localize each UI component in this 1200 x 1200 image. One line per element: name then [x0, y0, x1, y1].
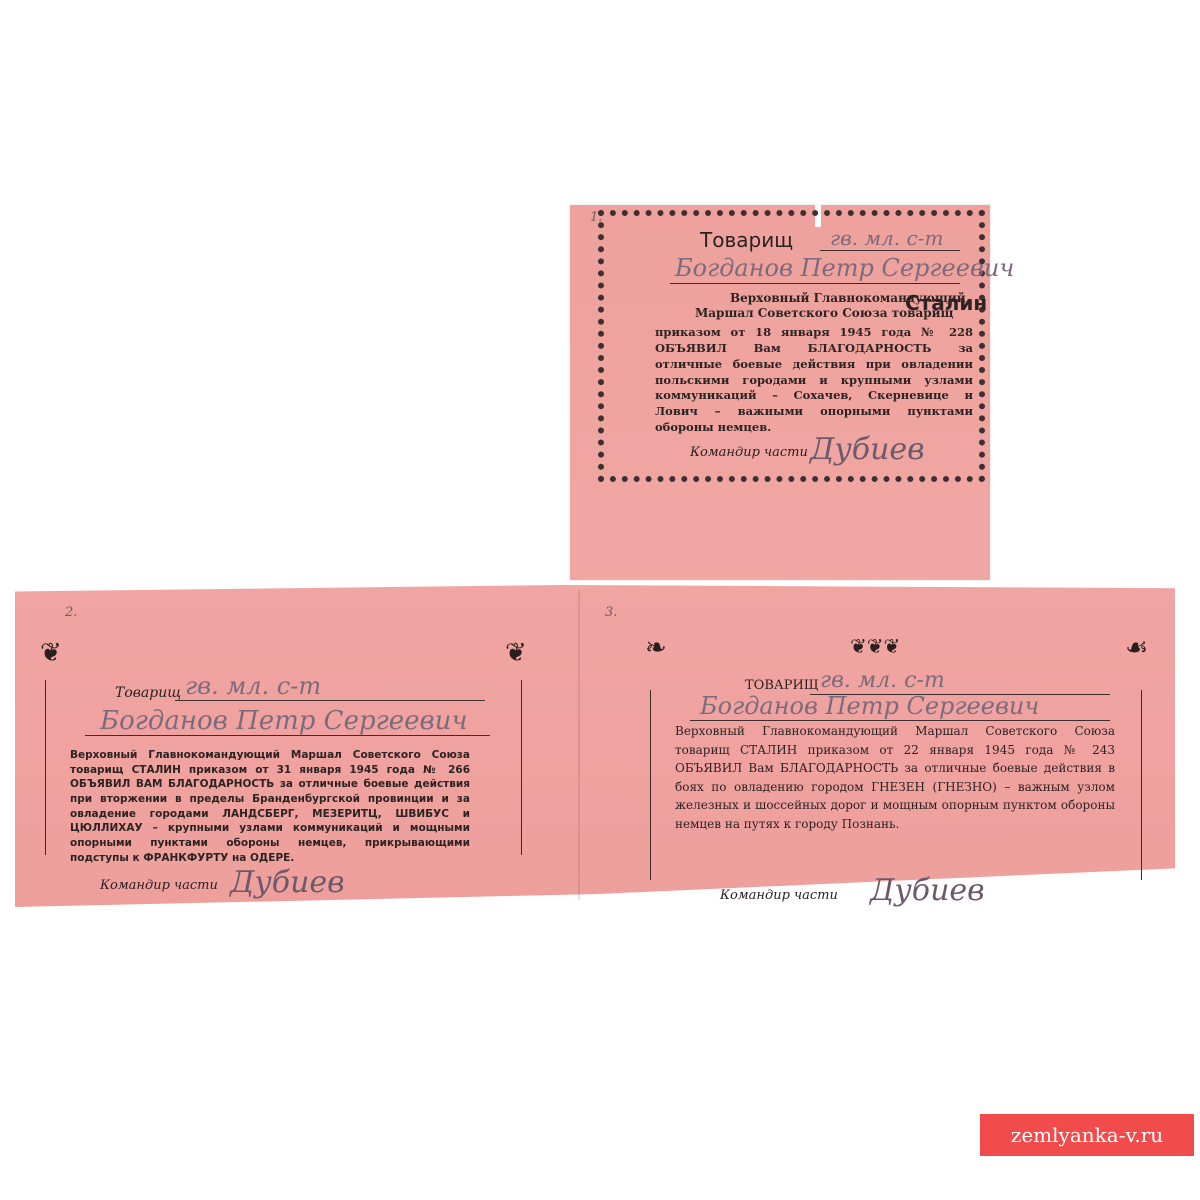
ornament-corner-icon: ☙: [1125, 635, 1148, 661]
signature-label: Командир части: [720, 888, 838, 903]
rank-handwritten: гв. мл. с-т: [820, 668, 945, 693]
ornament-corner-icon: ❧: [645, 635, 667, 661]
ornament-corner-icon: ❦: [505, 640, 527, 666]
signature: Дубиев: [230, 865, 345, 900]
page-mark: 1.: [590, 210, 602, 225]
greeting-label: Товарищ: [700, 228, 793, 252]
signature: Дубиев: [810, 432, 925, 467]
greeting-label: Товарищ: [115, 685, 181, 701]
page-mark: 2.: [65, 605, 77, 620]
rank-line: [175, 700, 485, 701]
certificate-text: приказом от 18 января 1945 года № 228 ОБ…: [655, 325, 973, 436]
signature-label: Командир части: [690, 445, 808, 460]
rank-line: [820, 250, 960, 251]
ornament-corner-icon: ❦: [40, 640, 62, 666]
name-line: [670, 283, 960, 284]
name-line: [690, 720, 1110, 721]
rank-handwritten: гв. мл. с-т: [830, 226, 943, 250]
certificate-text: Верховный Главнокомандующий Маршал Совет…: [675, 722, 1115, 834]
certificate-text: Верховный Главнокомандующий Маршал Совет…: [70, 748, 470, 866]
greeting-label: ТОВАРИЩ: [745, 678, 819, 693]
signature: Дубиев: [870, 873, 985, 908]
stalin-name: Сталин: [905, 290, 987, 318]
paper-fold: [578, 590, 580, 900]
signature-label: Командир части: [100, 878, 218, 893]
name-handwritten: Богданов Петр Сергеевич: [675, 254, 1014, 282]
site-watermark: zemlyanka-v.ru: [980, 1114, 1194, 1156]
page-mark: 3.: [605, 605, 617, 620]
name-handwritten: Богданов Петр Сергеевич: [700, 692, 1039, 720]
rank-handwritten: гв. мл. с-т: [185, 672, 321, 700]
ornament-top-icon: ❦❦❦: [850, 636, 900, 656]
name-handwritten: Богданов Петр Сергеевич: [100, 706, 468, 736]
